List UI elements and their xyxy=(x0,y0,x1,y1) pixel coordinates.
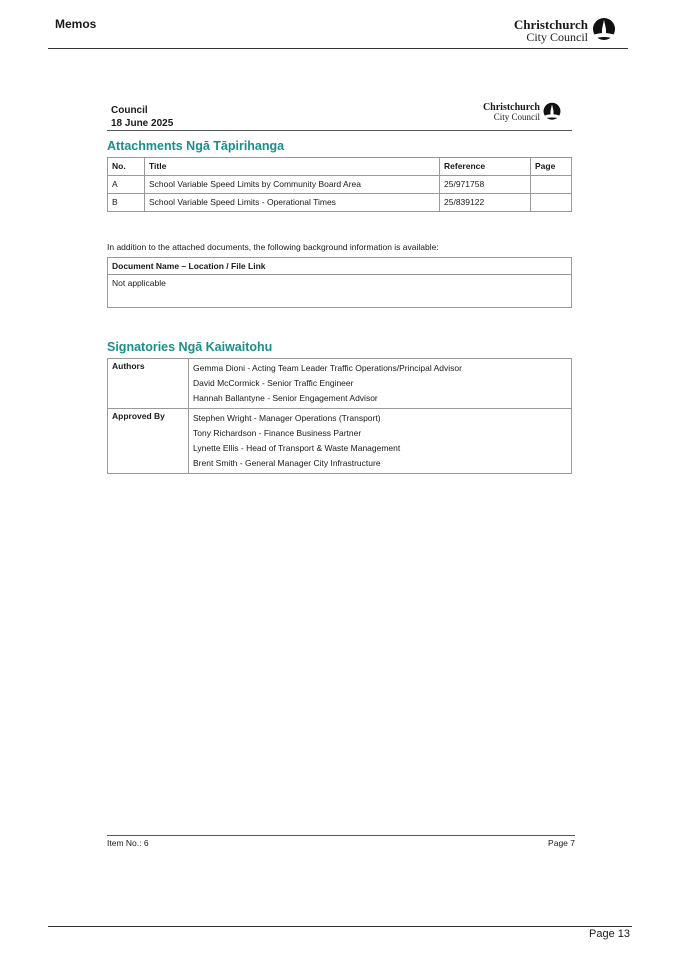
approver: Tony Richardson - Finance Business Partn… xyxy=(193,426,567,441)
author: Hannah Ballantyne - Senior Engagement Ad… xyxy=(193,391,567,406)
cell-reference: 25/971758 xyxy=(440,176,531,194)
meeting-date: 18 June 2025 xyxy=(111,117,173,130)
approver: Stephen Wright - Manager Operations (Tra… xyxy=(193,411,567,426)
col-page: Page xyxy=(531,158,572,176)
logo-line2: City Council xyxy=(483,113,540,122)
signatories-heading: Signatories Ngā Kaiwaitohu xyxy=(107,340,572,354)
table-row: A School Variable Speed Limits by Commun… xyxy=(108,176,572,194)
logo-line1: Christchurch xyxy=(514,18,588,31)
signatories-table: Authors Gemma Dioni - Acting Team Leader… xyxy=(107,358,572,474)
author: Gemma Dioni - Acting Team Leader Traffic… xyxy=(193,361,567,376)
footer-rule xyxy=(48,926,632,927)
cell-title[interactable]: School Variable Speed Limits by Communit… xyxy=(145,176,440,194)
approver: Brent Smith - General Manager City Infra… xyxy=(193,456,567,471)
cell-no: B xyxy=(108,194,145,212)
logo-line1: Christchurch xyxy=(483,103,540,113)
meeting-name: Council xyxy=(111,104,173,117)
inner-footer: Item No.: 6 Page 7 xyxy=(107,835,575,848)
item-number: Item No.: 6 xyxy=(107,838,149,848)
page-number: Page 13 xyxy=(589,928,630,940)
col-title: Title xyxy=(145,158,440,176)
cell-title[interactable]: School Variable Speed Limits - Operation… xyxy=(145,194,440,212)
approved-row: Approved By Stephen Wright - Manager Ope… xyxy=(108,409,572,474)
inner-logo: Christchurch City Council xyxy=(483,102,562,122)
outer-header-title: Memos xyxy=(55,17,96,31)
logo-line2: City Council xyxy=(514,31,588,43)
approved-label: Approved By xyxy=(108,409,189,474)
cell-page xyxy=(531,176,572,194)
background-table: Document Name – Location / File Link Not… xyxy=(107,257,572,308)
background-intro: In addition to the attached documents, t… xyxy=(107,242,572,252)
inner-page-number: Page 7 xyxy=(548,838,575,848)
outer-logo: Christchurch City Council xyxy=(514,17,617,43)
header-rule xyxy=(48,48,628,49)
authors-label: Authors xyxy=(108,359,189,409)
cathedral-logo-icon xyxy=(591,17,617,43)
col-reference: Reference xyxy=(440,158,531,176)
background-value: Not applicable xyxy=(108,275,572,308)
author: David McCormick - Senior Traffic Enginee… xyxy=(193,376,567,391)
cathedral-logo-icon xyxy=(542,102,562,122)
attachments-table: No. Title Reference Page A School Variab… xyxy=(107,157,572,212)
cell-page xyxy=(531,194,572,212)
cell-no: A xyxy=(108,176,145,194)
authors-row: Authors Gemma Dioni - Acting Team Leader… xyxy=(108,359,572,409)
col-no: No. xyxy=(108,158,145,176)
background-header: Document Name – Location / File Link xyxy=(108,258,572,275)
cell-reference: 25/839122 xyxy=(440,194,531,212)
memo-page: Council 18 June 2025 Christchurch City C… xyxy=(107,100,572,474)
approver: Lynette Ellis - Head of Transport & Wast… xyxy=(193,441,567,456)
inner-header: Council 18 June 2025 Christchurch City C… xyxy=(107,100,572,131)
attachments-heading: Attachments Ngā Tāpirihanga xyxy=(107,139,572,153)
table-row: B School Variable Speed Limits - Operati… xyxy=(108,194,572,212)
